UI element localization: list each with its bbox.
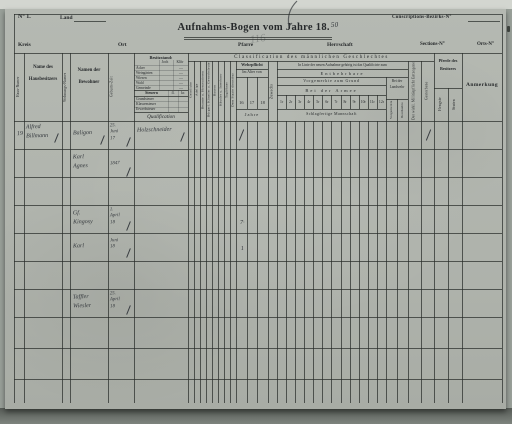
grid-line (24, 53, 25, 403)
grid-line (341, 121, 342, 403)
steuer-row-label: Grundsteuer (136, 97, 168, 101)
grid-line (295, 121, 296, 403)
grid-line (14, 233, 502, 234)
right-column-label: Gestorbene (421, 61, 434, 121)
landwehr-column-label: Beurlaubte (397, 99, 408, 121)
column-header-anmerkung: Anmerkung (462, 82, 502, 89)
besitzstand-title: Besitzstand: (135, 55, 187, 60)
grid-line (277, 109, 386, 110)
group-header-line1: In Linie der neuen Aufnahme gehörig ist … (278, 63, 407, 67)
wehrpflicht-unit: Jahre (237, 112, 267, 117)
grid-line (108, 53, 109, 403)
group-header-line3: Vorgemerkte zum Grund (278, 79, 385, 84)
form-title: Aufnahms-Bogen vom Jahre 18.50 (150, 22, 366, 33)
wehr-age-label: 17 (247, 100, 258, 105)
besitz-row-label: Wald (136, 81, 160, 85)
steuer-row-label: Erwerbsteuer (136, 107, 168, 111)
grid-line (448, 88, 449, 403)
grid-line (468, 21, 500, 22)
grid-line (134, 112, 188, 113)
armee-column-label: 8r (341, 100, 350, 105)
grid-line (14, 317, 502, 318)
armee-column-label: 5r (313, 100, 322, 105)
classification-title: Classification des männlichen Geschlecht… (190, 55, 433, 61)
grid-line (247, 121, 248, 403)
grid-line (277, 77, 408, 78)
column-header-zuwachs: Zuwachs (268, 61, 277, 121)
grid-line (277, 61, 278, 403)
steuern-unit-fl: fl. (168, 91, 178, 95)
grid-line (14, 205, 502, 206)
grid-line (277, 85, 386, 86)
handwritten-entry: 25. Juni 17 (110, 123, 134, 143)
grid-line (184, 37, 332, 38)
grid-line (397, 99, 398, 403)
grid-line (14, 348, 502, 349)
handwritten-entry: Karl (73, 242, 108, 252)
grid-line (277, 95, 386, 96)
column-header-hausnummer: Haus-Numer (14, 53, 24, 121)
scan-speck (507, 26, 510, 32)
grid-line (236, 69, 268, 70)
column-header-bewohner: Namen der Bewohner (73, 65, 105, 88)
grid-line (277, 69, 408, 70)
handwritten-entry: 1 (237, 245, 248, 254)
armee-column-label: 2r (286, 100, 295, 105)
wehrpflicht-subtitle: Im Alter von (237, 70, 267, 75)
armee-column-label: 1r (277, 100, 286, 105)
grid-line (331, 121, 332, 403)
armee-column-label: 3r (295, 100, 304, 105)
besitz-unit-label: Klftr (173, 60, 187, 64)
grid-line (257, 121, 258, 403)
grid-line (236, 77, 268, 78)
armee-column-label: 10r (359, 100, 368, 105)
field-ort: Ort (118, 42, 127, 49)
column-header-geburtszeit: Geburts-Zeit (108, 53, 117, 121)
grid-line (304, 121, 305, 403)
scanned-form-screenshot: N° 1. Land Conscriptions-Bezirks-N° Aufn… (0, 0, 512, 424)
grid-line (286, 121, 287, 403)
field-orts-no: Orts-N° (477, 42, 494, 48)
grid-line (368, 121, 369, 403)
group-header-line2: Entbehrbare (278, 71, 407, 76)
armee-column-label: 11r (368, 100, 377, 105)
handwritten-entry: 1. April 18 (110, 207, 134, 227)
grid-line (268, 61, 269, 403)
besitz-row-label: Gemeinde (136, 86, 160, 90)
besitz-row-label: Weingärten (136, 71, 160, 75)
grid-line (14, 177, 502, 178)
grid-line (236, 109, 268, 110)
grid-line (377, 121, 378, 403)
handwritten-entry: Gf. Kingosy (73, 209, 108, 228)
grid-line (74, 21, 106, 22)
grid-line (462, 53, 463, 403)
wehrpflicht-title: Wehrpflicht (237, 62, 267, 67)
field-kreis: Kreis (18, 42, 31, 49)
grid-line (350, 121, 351, 403)
grid-line (14, 14, 502, 15)
grid-line (14, 289, 502, 290)
grid-line (386, 77, 387, 403)
grid-line (14, 14, 15, 403)
field-land: Land (60, 15, 73, 22)
grid-line (14, 379, 502, 380)
steuern-title: Steuern (135, 91, 168, 96)
grid-line (14, 149, 502, 150)
armee-title: Bei der Armee (278, 88, 385, 93)
armee-column-label: 7r (331, 100, 340, 105)
handwritten-entry: Holzschneider (137, 125, 188, 135)
steuern-unit-kr: kr. (178, 91, 188, 95)
handwritten-entry: 25. April 18 (110, 291, 134, 311)
classification-column-label: Dem Staate dienstbar (230, 61, 236, 119)
handwritten-entry: 7· (237, 219, 248, 228)
grid-line (359, 121, 360, 403)
armee-caption: Schlagfertige Mannschaft (278, 112, 385, 117)
grid-line (184, 39, 332, 40)
handwritten-entry: Karl Agnes (73, 153, 108, 172)
grid-line (236, 61, 237, 403)
besitz-row-label: Wiesen (136, 76, 160, 80)
steuer-row-label: Klassensteuer (136, 102, 168, 106)
besitz-unit-label: Joch (158, 60, 172, 64)
scanner-background-bottom (0, 408, 512, 424)
wehr-age-label: 16 (236, 100, 247, 105)
landwehr-column-label: Vorgemerkte (386, 99, 397, 121)
landwehr-title: Bei der Landwehr (386, 79, 408, 91)
grid-line (502, 14, 503, 403)
grid-line (14, 261, 502, 262)
armee-column-label: 6r (322, 100, 331, 105)
column-header-wohnungsnummer: Wohnungs-Numer (62, 53, 70, 121)
armee-column-label: 12r (377, 100, 386, 105)
pferde-column-label: Stuten (448, 88, 462, 121)
grid-line (70, 53, 71, 403)
scanner-background-top (0, 0, 512, 9)
column-header-hausbesitzer: Name des Hausbesitzers (27, 62, 59, 86)
armee-column-label: 9r (350, 100, 359, 105)
handwritten-entry: 19 (15, 130, 25, 139)
field-sections-no: Sections-N° (420, 42, 445, 48)
wehr-age-label: 18 (257, 100, 268, 105)
grid-line (313, 121, 314, 403)
besitz-row-label: Äcker (136, 66, 160, 70)
qualification-header: Qualification (134, 114, 188, 120)
pferde-title: Pferde des Besitzers (437, 57, 459, 73)
grid-line (62, 53, 63, 403)
handwritten-year: 50 (331, 21, 339, 29)
handwritten-entry: Taffler Wiesler (73, 293, 108, 312)
besitz-row-dash: — (176, 86, 186, 91)
grid-line (14, 53, 502, 54)
grid-line (14, 121, 502, 122)
armee-column-label: 4r (304, 100, 313, 105)
grid-line (134, 53, 135, 403)
grid-line (322, 121, 323, 403)
right-column-label: Der wirkl. Militärpflicht Entzogene (408, 61, 421, 121)
field-herrschaft: Herrschaft (327, 42, 353, 49)
field-conscription-bezirk: Conscriptions-Bezirks-N° (392, 15, 452, 21)
pferde-column-label: Hengste (434, 88, 448, 121)
